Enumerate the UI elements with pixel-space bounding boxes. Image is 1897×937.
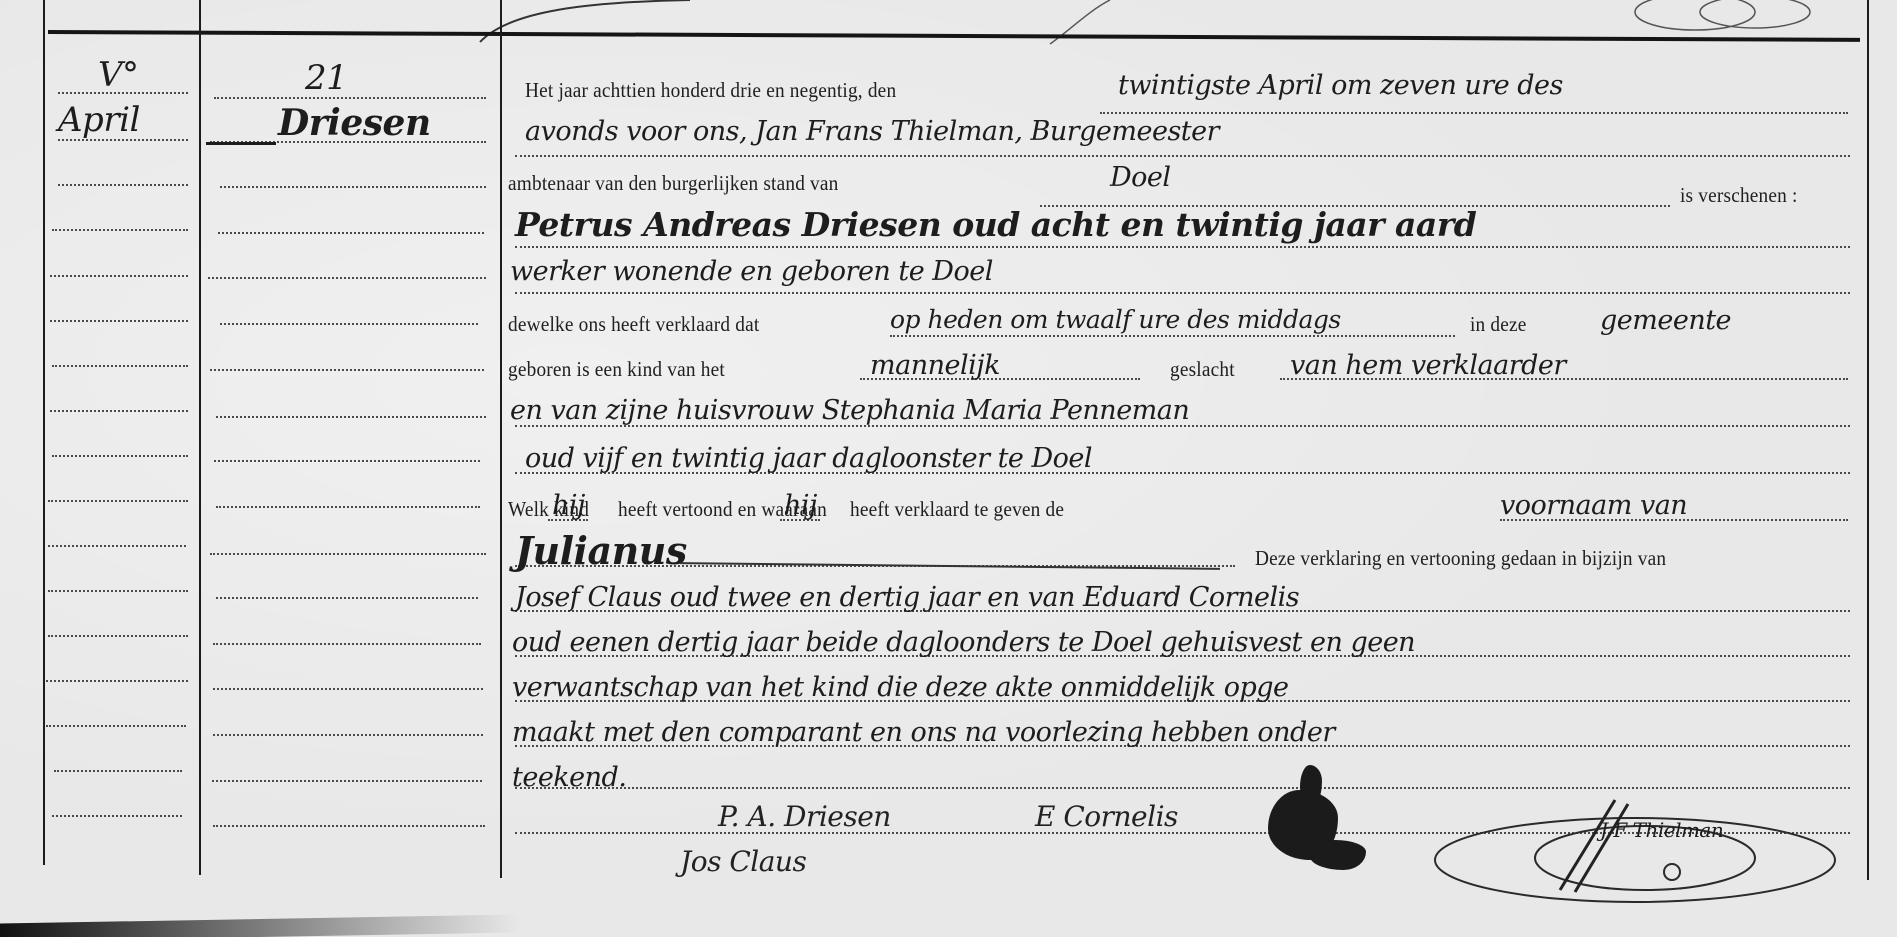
handwritten-line-11-child-name: Julianus (515, 528, 687, 573)
handwritten-line-12: Josef Claus oud twee en dertig jaar en v… (515, 582, 1299, 613)
printed-line-3-after: is verschenen : (1680, 183, 1798, 208)
printed-line-6: dewelke ons heeft verklaard dat (508, 312, 759, 337)
handwritten-line-10: hij (552, 490, 585, 521)
signature-official: J F Thielman (1600, 818, 1723, 842)
top-flourish (470, 0, 1890, 60)
handwritten-line-3: Doel (1110, 162, 1171, 193)
handwritten-line-10-after2: voornaam van (1500, 490, 1687, 521)
handwritten-line-16: teekend. (512, 762, 626, 793)
margin-surname: Driesen (278, 102, 431, 144)
printed-line-11-after: Deze verklaring en vertooning gedaan in … (1255, 546, 1666, 571)
column-rule-1 (43, 0, 45, 865)
handwritten-line-9: oud vijf en twintig jaar dagloonster te … (525, 443, 1092, 474)
handwritten-line-10-after: hij (784, 490, 817, 521)
handwritten-line-14: verwantschap van het kind die deze akte … (512, 672, 1289, 703)
handwritten-line-15: maakt met den comparant en ons na voorle… (512, 717, 1335, 748)
signature-witness-1: E Cornelis (1035, 800, 1178, 833)
handwritten-line-8: en van zijne huisvrouw Stephania Maria P… (510, 395, 1189, 426)
margin-underline (206, 142, 276, 145)
printed-line-3: ambtenaar van den burgerlijken stand van (508, 171, 839, 196)
handwritten-line-5: werker wonende en geboren te Doel (510, 256, 993, 287)
ink-blot-drip (1300, 765, 1322, 805)
printed-line-7-after: geslacht (1170, 357, 1235, 382)
margin-act-number: V° (98, 55, 139, 95)
scan-edge-shadow (0, 914, 520, 937)
printed-line-1: Het jaar achttien honderd drie en negent… (525, 78, 896, 103)
column-rule-right (1867, 0, 1869, 880)
margin-month: April (58, 100, 140, 140)
handwritten-line-6: op heden om twaalf ure des middags (890, 305, 1341, 334)
handwritten-line-2: avonds voor ons, Jan Frans Thielman, Bur… (525, 116, 1219, 147)
ink-blot-tail (1310, 840, 1366, 870)
column-rule-2 (199, 0, 201, 875)
margin-day-number: 21 (305, 58, 347, 98)
handwritten-line-6-after: gemeente (1600, 305, 1731, 336)
handwritten-line-4: Petrus Andreas Driesen oud acht en twint… (515, 205, 1476, 244)
column-rule-3 (500, 0, 502, 878)
signature-father: P. A. Driesen (718, 800, 891, 833)
handwritten-line-7-after: van hem verklaarder (1290, 350, 1566, 381)
handwritten-line-13: oud eenen dertig jaar beide dagloonders … (512, 627, 1415, 658)
handwritten-line-1: twintigste April om zeven ure des (1118, 70, 1563, 101)
printed-line-10-after2: heeft verklaard te geven de (850, 497, 1064, 522)
printed-line-7: geboren is een kind van het (508, 357, 725, 382)
signature-witness-2: Jos Claus (680, 845, 806, 878)
official-signature-flourish (1400, 780, 1860, 910)
printed-line-6-after: in deze (1470, 312, 1527, 337)
register-page: V° April 21 Driesen Het jaar achttien ho… (0, 0, 1897, 937)
handwritten-line-7: mannelijk (870, 350, 1000, 381)
